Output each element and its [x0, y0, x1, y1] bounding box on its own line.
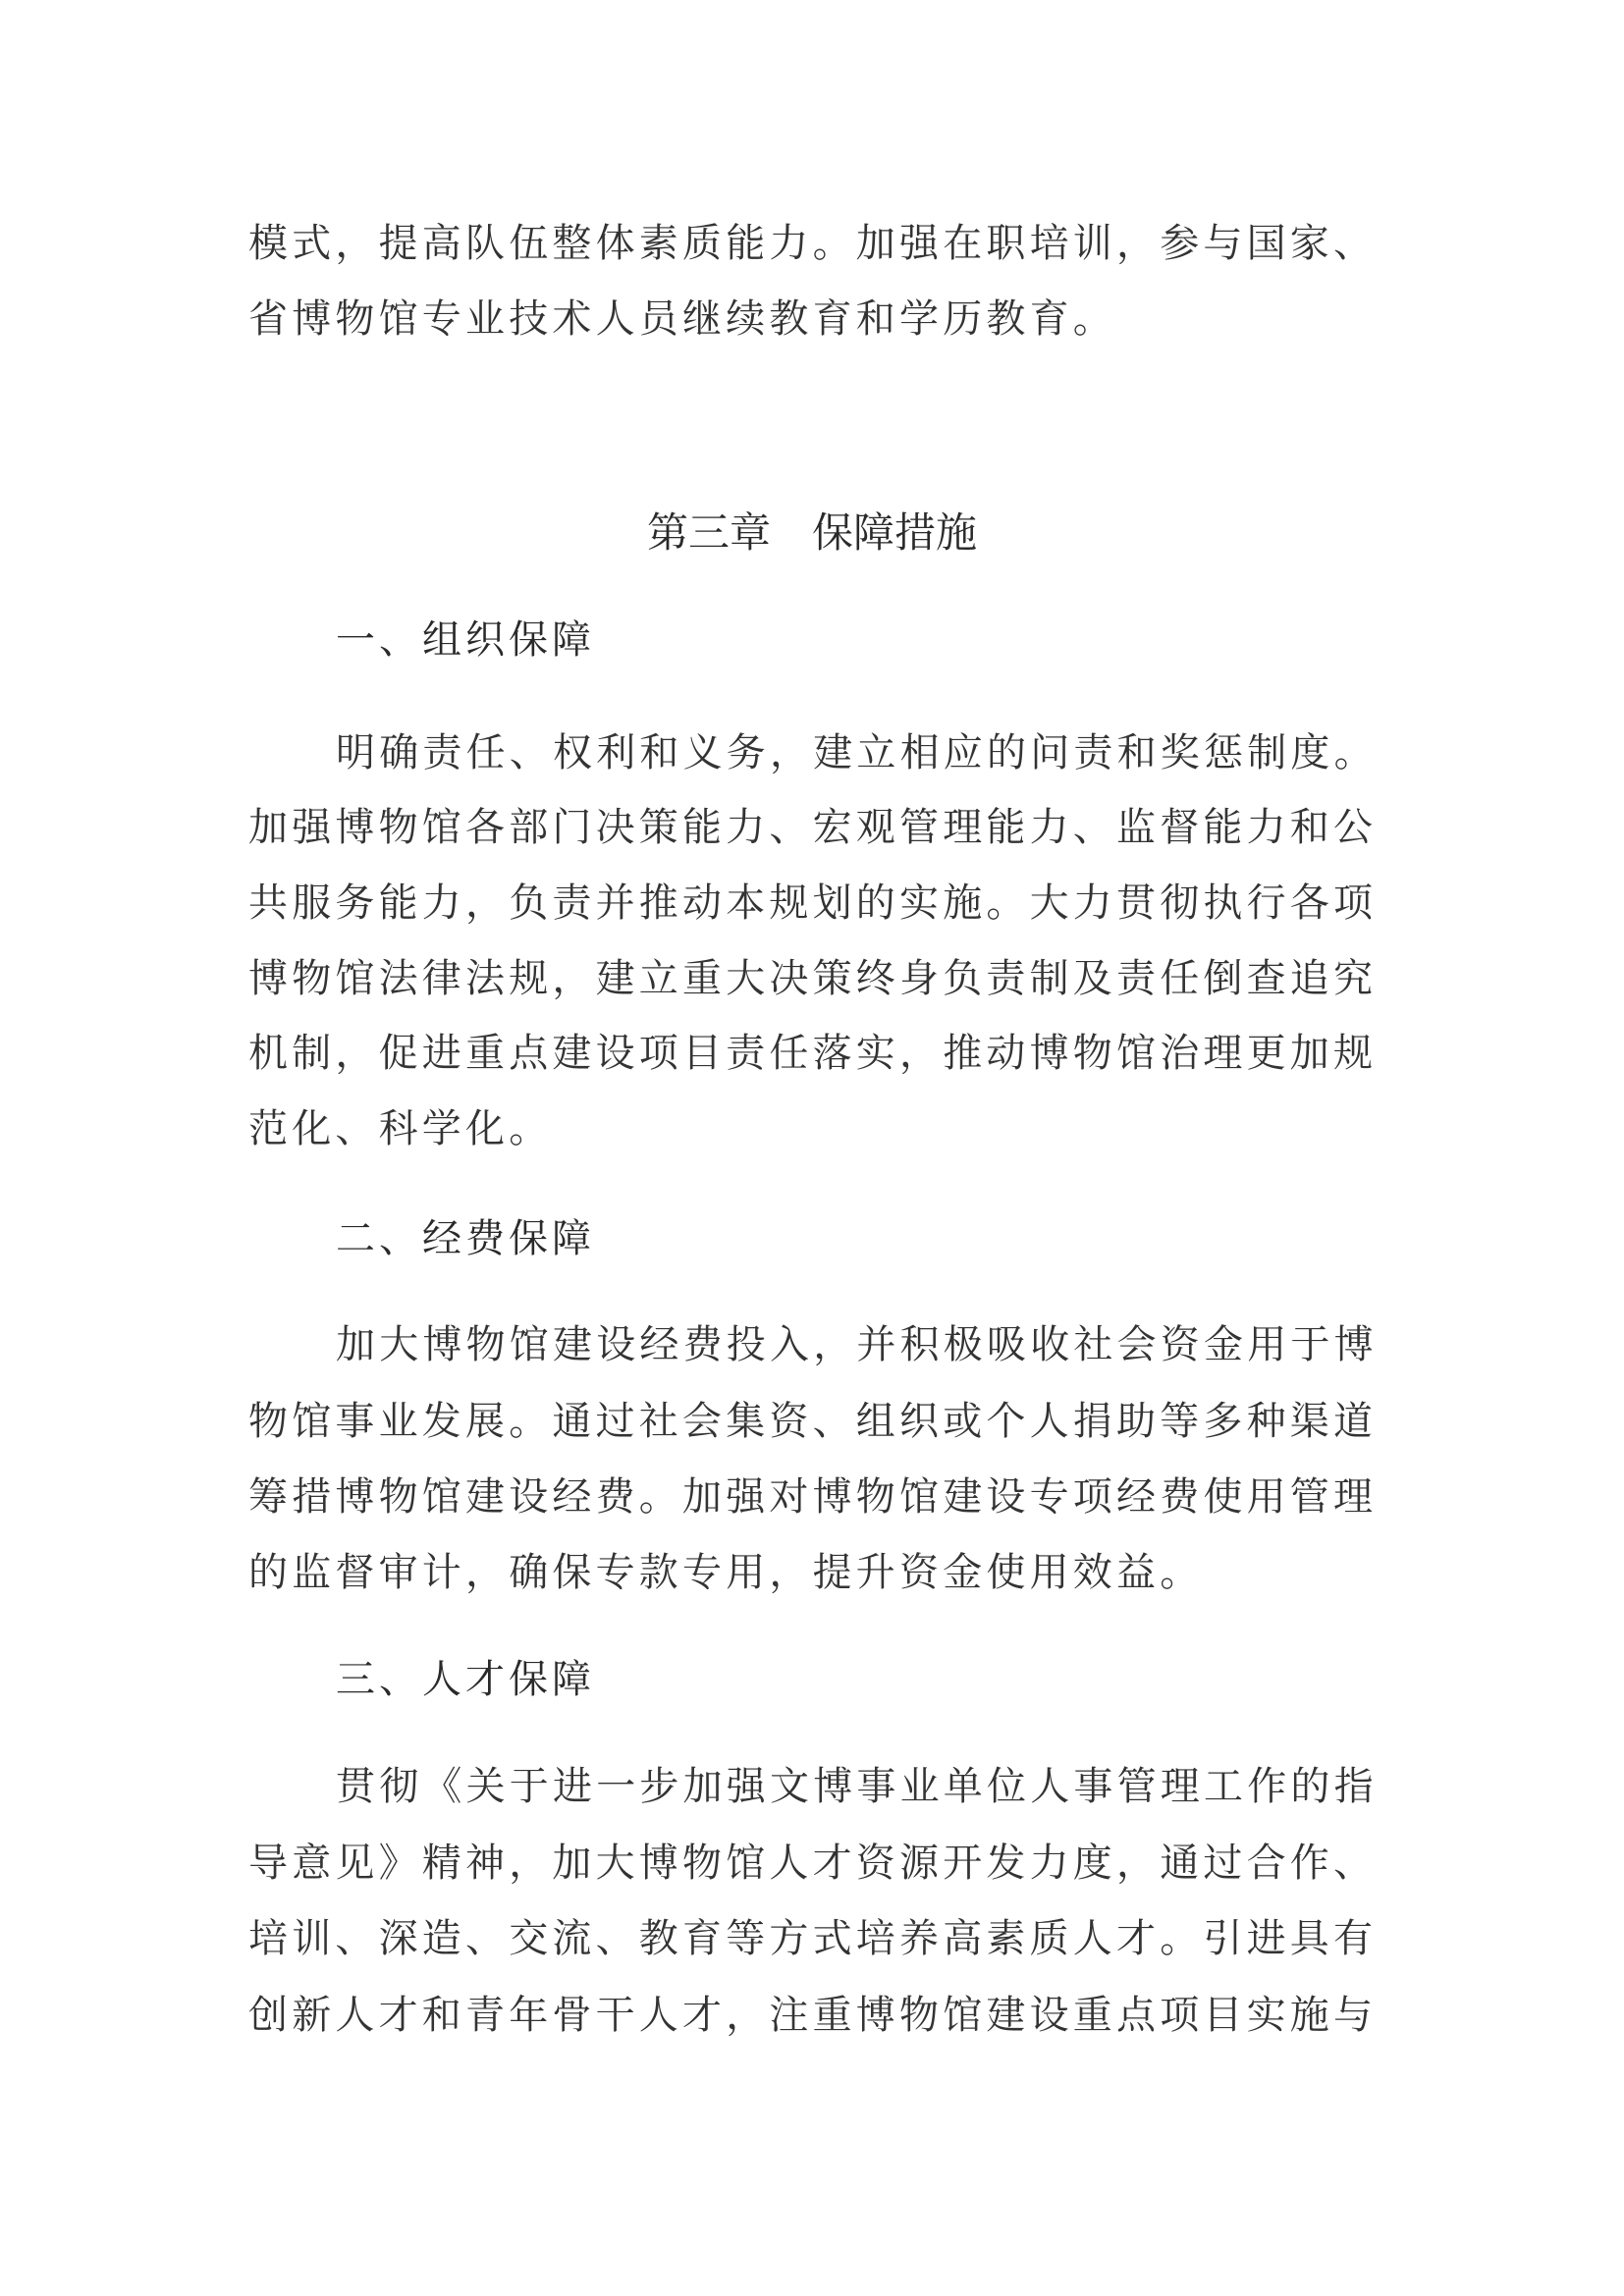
- paragraph-line: 省博物馆专业技术人员继续教育和学历教育。: [248, 297, 1116, 341]
- paragraph-line: 机制，促进重点建设项目责任落实，推动博物馆治理更加规: [248, 1032, 1377, 1075]
- section-heading-funding: 二、经费保障: [336, 1217, 595, 1260]
- paragraph-line: 贯彻《关于进一步加强文博事业单位人事管理工作的指: [336, 1765, 1378, 1808]
- document-page: 模式，提高队伍整体素质能力。加强在职培训，参与国家、 省博物馆专业技术人员继续教…: [0, 0, 1624, 2296]
- paragraph-line: 物馆事业发展。通过社会集资、组织或个人捐助等多种渠道: [248, 1400, 1377, 1443]
- chapter-number: 第三章: [647, 508, 771, 557]
- chapter-heading: 第三章 保障措施: [0, 508, 1624, 558]
- paragraph-line: 加强博物馆各部门决策能力、宏观管理能力、监督能力和公: [248, 806, 1377, 849]
- paragraph-line: 的监督审计，确保专款专用，提升资金使用效益。: [248, 1551, 1203, 1594]
- chapter-heading-spacer: [771, 508, 812, 557]
- paragraph-line: 培训、深造、交流、教育等方式培养高素质人才。引进具有: [248, 1917, 1377, 1960]
- section-heading-talent: 三、人才保障: [336, 1658, 595, 1701]
- paragraph-line: 创新人才和青年骨干人才，注重博物馆建设重点项目实施与: [248, 1994, 1377, 2037]
- paragraph-line: 博物馆法律法规，建立重大决策终身负责制及责任倒查追究: [248, 957, 1377, 1000]
- paragraph-line: 加大博物馆建设经费投入，并积极吸收社会资金用于博: [336, 1323, 1378, 1366]
- chapter-title: 保障措施: [812, 508, 977, 557]
- paragraph-line: 范化、科学化。: [248, 1107, 552, 1150]
- paragraph-line: 导意见》精神，加大博物馆人才资源开发力度，通过合作、: [248, 1842, 1377, 1885]
- paragraph-line: 明确责任、权利和义务，建立相应的问责和奖惩制度。: [336, 731, 1378, 774]
- paragraph-line: 筹措博物馆建设经费。加强对博物馆建设专项经费使用管理: [248, 1475, 1377, 1519]
- paragraph-line: 模式，提高队伍整体素质能力。加强在职培训，参与国家、: [248, 222, 1377, 265]
- section-heading-organization: 一、组织保障: [336, 618, 595, 662]
- paragraph-line: 共服务能力，负责并推动本规划的实施。大力贯彻执行各项: [248, 881, 1377, 925]
